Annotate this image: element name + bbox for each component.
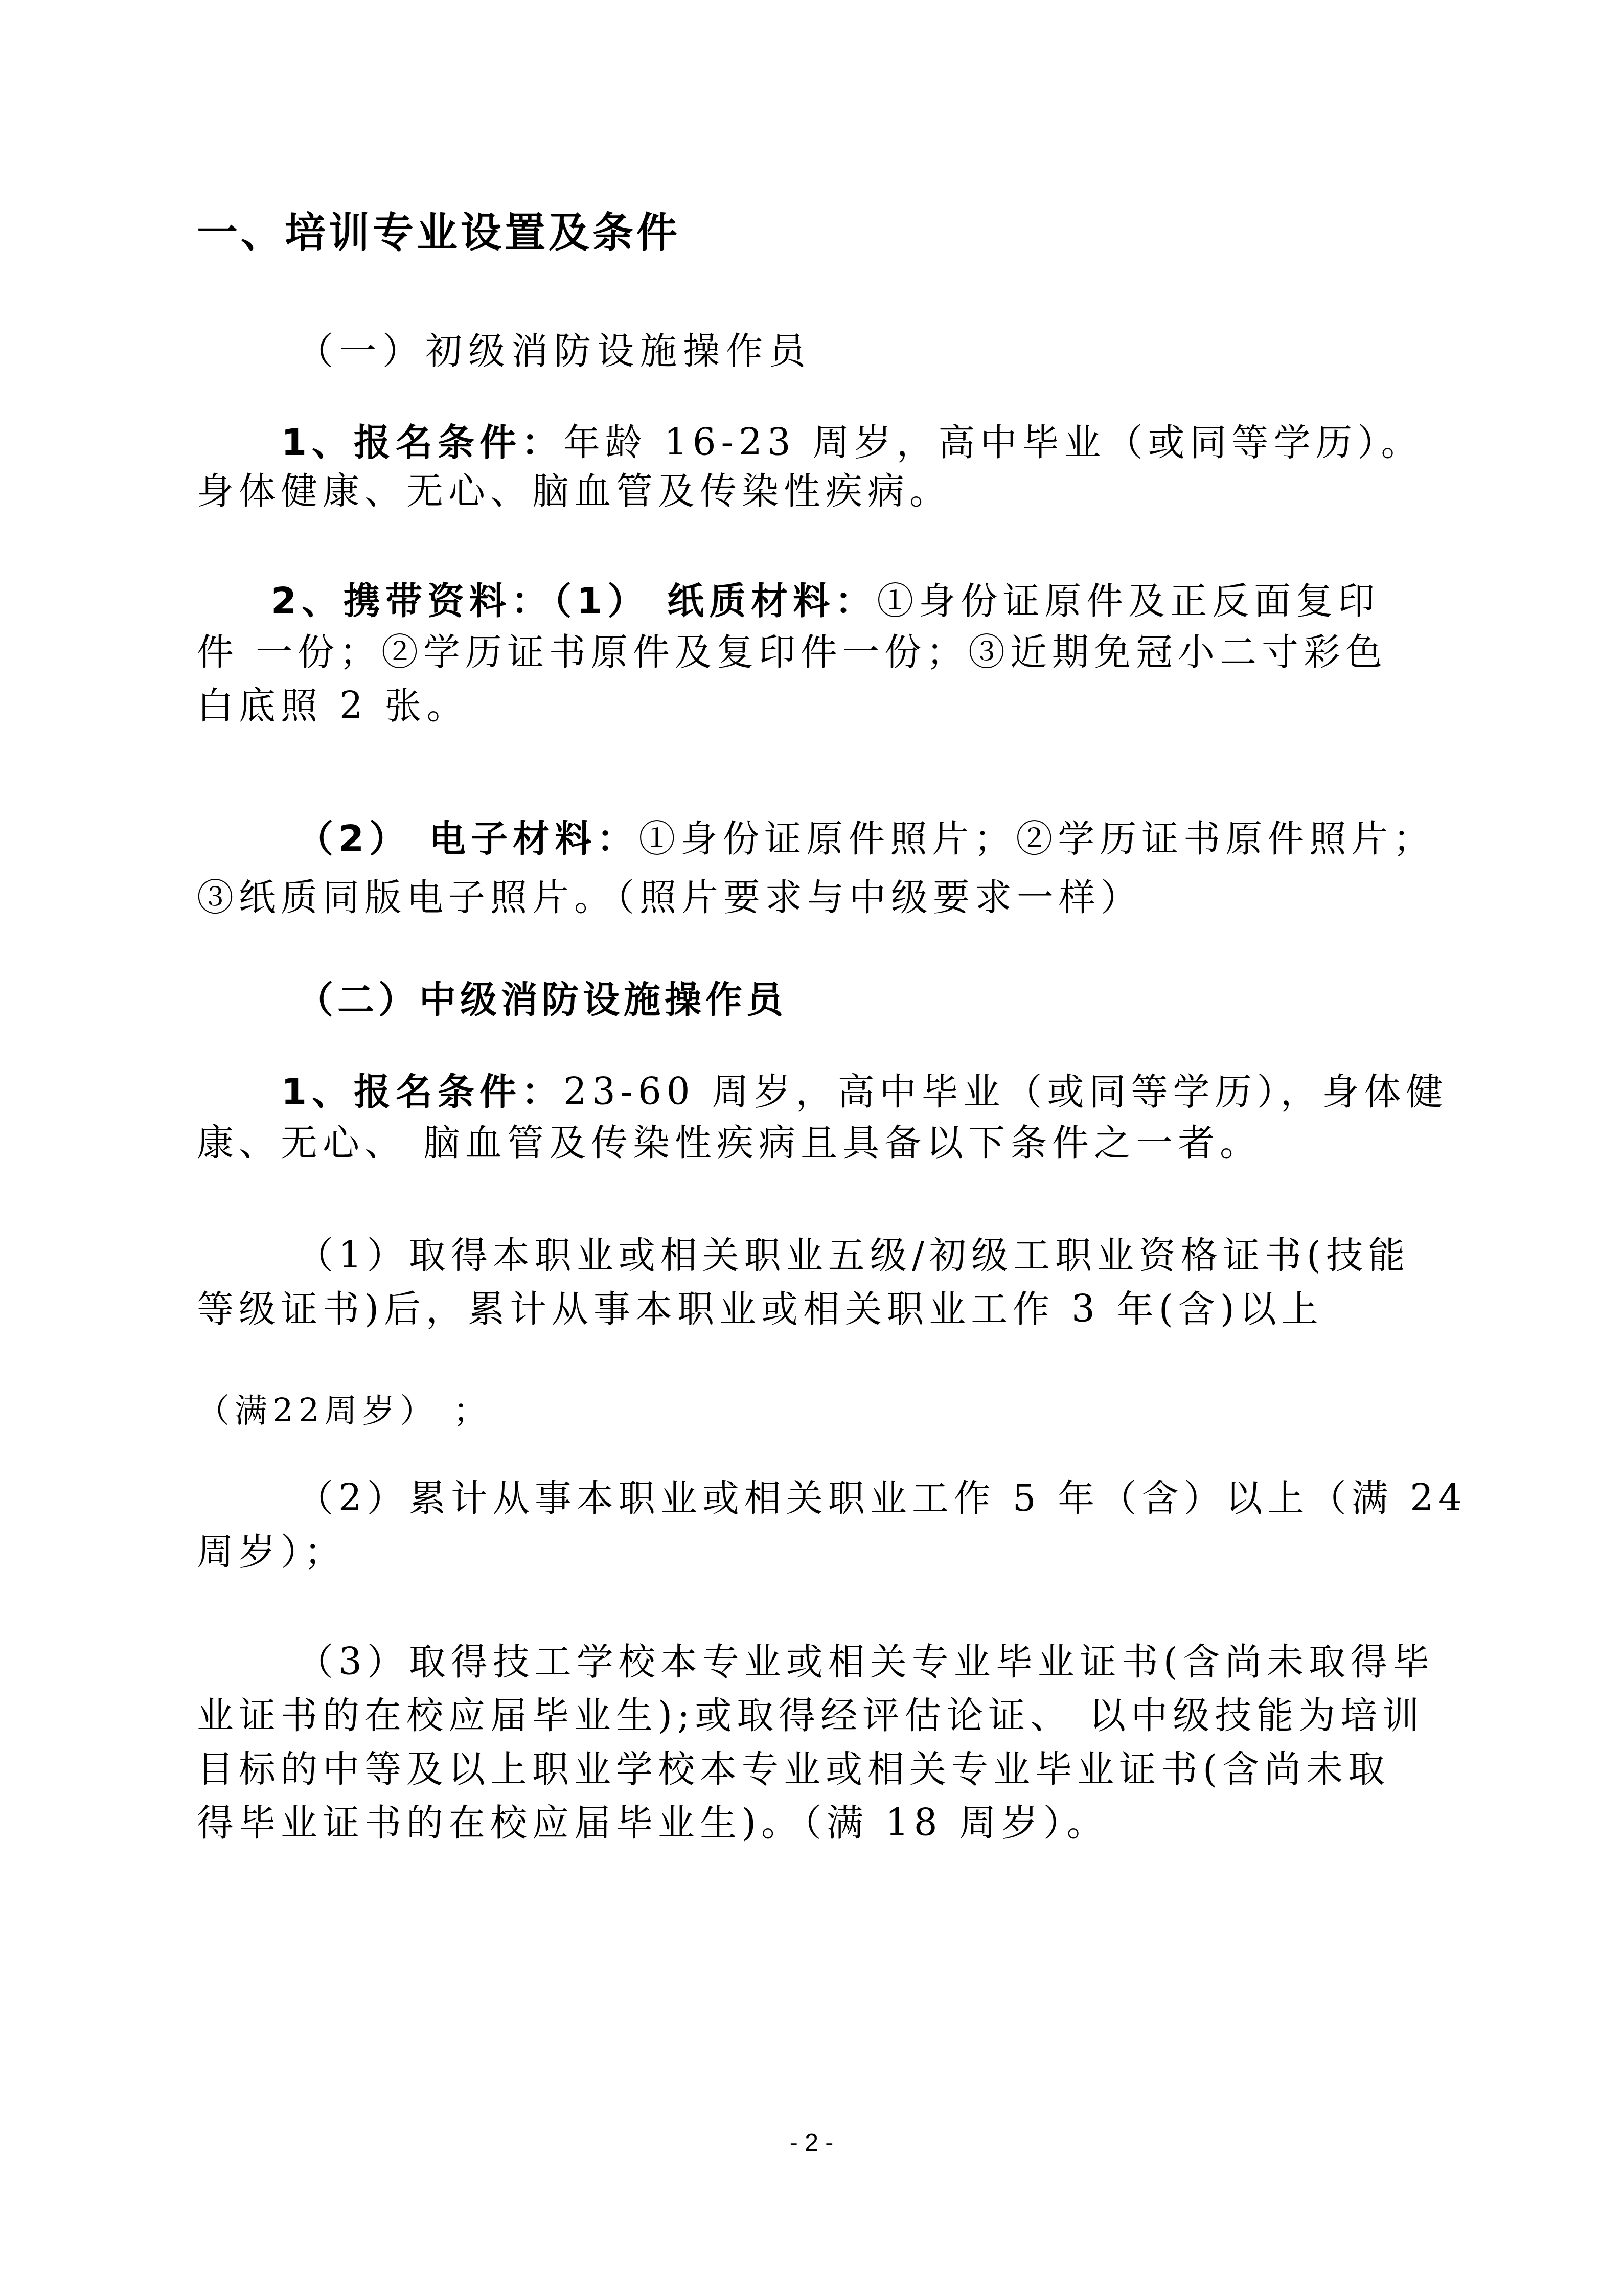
junior-materials-line1: 2、携带资料：（1） 纸质材料：①身份证原件及正反面复印 bbox=[271, 575, 1380, 626]
junior-materials-line2: 件 一份；②学历证书原件及复印件一份；③近期免冠小二寸彩色 bbox=[197, 626, 1387, 677]
intermediate-heading: （二）中级消防设施操作员 bbox=[296, 974, 787, 1025]
junior-electronic-line1: （2） 电子材料：①身份证原件照片；②学历证书原件照片； bbox=[296, 813, 1435, 864]
condition-2-line2: 周岁）； bbox=[197, 1526, 346, 1577]
condition-1-line1: （1）取得本职业或相关职业五级/初级工职业资格证书(技能 bbox=[296, 1230, 1410, 1281]
intermediate-registration-label: 1、报名条件： bbox=[281, 1070, 563, 1113]
junior-heading: （一）初级消防设施操作员 bbox=[296, 325, 812, 376]
condition-3-line3: 目标的中等及以上职业学校本专业或相关专业毕业证书(含尚未取 bbox=[197, 1743, 1390, 1794]
document-page: 一、培训专业设置及条件 （一）初级消防设施操作员 1、报名条件：年龄 16-23… bbox=[0, 0, 1623, 2296]
intermediate-registration-text: 23-60 周岁，高中毕业（或同等学历），身体健 bbox=[563, 1070, 1448, 1113]
junior-electronic-label: （2） 电子材料： bbox=[296, 817, 638, 860]
junior-electronic-line2: ③纸质同版电子照片。（照片要求与中级要求一样） bbox=[197, 872, 1142, 923]
junior-registration-label: 1、报名条件： bbox=[281, 421, 563, 464]
junior-materials-text: ①身份证原件及正反面复印 bbox=[877, 579, 1380, 622]
junior-materials-line3: 白底照 2 张。 bbox=[197, 680, 469, 731]
junior-electronic-text: ①身份证原件照片；②学历证书原件照片； bbox=[638, 817, 1435, 860]
condition-1-line3: （满22周岁） ； bbox=[197, 1385, 491, 1437]
condition-1-line2: 等级证书)后，累计从事本职业或相关职业工作 3 年(含)以上 bbox=[197, 1283, 1323, 1334]
junior-registration-line1: 1、报名条件：年龄 16-23 周岁，高中毕业（或同等学历）。 bbox=[281, 417, 1423, 468]
intermediate-registration-line2: 康、无心、 脑血管及传染性疾病且具备以下条件之一者。 bbox=[197, 1117, 1262, 1168]
condition-3-line2: 业证书的在校应届毕业生);或取得经评估论证、 以中级技能为培训 bbox=[197, 1690, 1424, 1741]
condition-2-line1: （2）累计从事本职业或相关职业工作 5 年（含）以上（满 24 bbox=[296, 1472, 1467, 1524]
junior-registration-line2: 身体健康、无心、脑血管及传染性疾病。 bbox=[197, 465, 951, 516]
junior-registration-text: 年龄 16-23 周岁，高中毕业（或同等学历）。 bbox=[563, 421, 1423, 464]
section-title: 一、培训专业设置及条件 bbox=[197, 207, 680, 258]
intermediate-registration-line1: 1、报名条件：23-60 周岁，高中毕业（或同等学历），身体健 bbox=[281, 1066, 1448, 1117]
condition-3-line1: （3）取得技工学校本专业或相关专业毕业证书(含尚未取得毕 bbox=[296, 1636, 1434, 1687]
junior-materials-label: 2、携带资料：（1） 纸质材料： bbox=[271, 579, 877, 622]
condition-3-line4: 得毕业证书的在校应届毕业生)。（满 18 周岁）。 bbox=[197, 1797, 1108, 1848]
page-number: - 2 - bbox=[0, 2128, 1623, 2158]
